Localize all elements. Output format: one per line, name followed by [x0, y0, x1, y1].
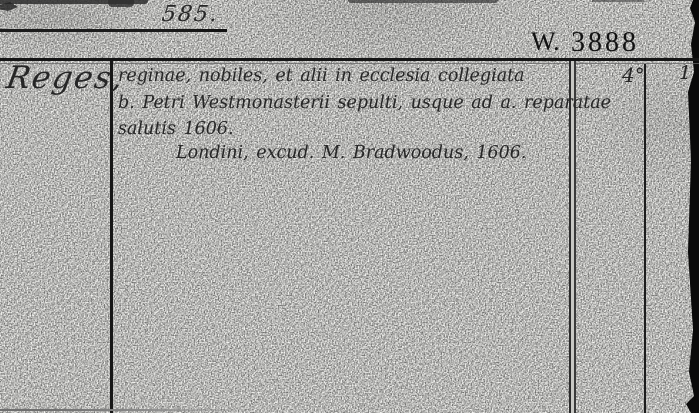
top-edge-smudge: [108, 0, 134, 7]
bottom-horizontal-rule: [0, 409, 256, 411]
entry-imprint: Londini, excud. M. Bradwoodus, 1606.: [176, 143, 526, 163]
page-number: 585.: [160, 2, 220, 27]
entry-line-2: b. Petri Westmonasterii sepulti, usque a…: [118, 90, 611, 117]
entry-body: reginae, nobiles, et alii in ecclesia co…: [118, 63, 611, 143]
top-edge-smudge: [348, 0, 498, 3]
entry-line-1: reginae, nobiles, et alii in ecclesia co…: [118, 63, 611, 90]
page-number-underline: [0, 29, 227, 32]
format-mark: 4°: [622, 63, 645, 87]
entry-heading: Reges,: [4, 60, 128, 96]
copy-count: 1: [679, 62, 691, 84]
column-rule-count: [644, 64, 646, 413]
stamp-number: 3888: [571, 27, 639, 59]
stamp-prefix: W.: [531, 27, 560, 57]
top-edge-smudge: [592, 0, 644, 2]
entry-line-3: salutis 1606.: [118, 116, 611, 143]
catalog-card-scan: 585. W. 3888 Reges, reginae, nobiles, et…: [0, 0, 699, 413]
column-rule-heading: [110, 61, 113, 413]
